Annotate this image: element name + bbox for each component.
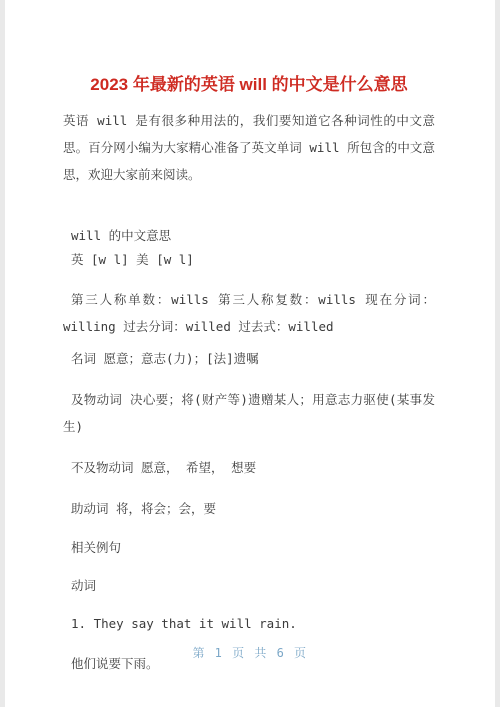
definition-auxiliary-verb: 助动词 将，将会；会，要 xyxy=(63,495,435,522)
definition-transitive-verb: 及物动词 决心要；将(财产等)遗赠某人；用意志力驱使(某事发生) xyxy=(63,386,435,440)
word-forms-line: 第三人称单数：wills 第三人称复数：wills 现在分词：willing 过… xyxy=(63,286,435,340)
document-page: 2023 年最新的英语 will 的中文是什么意思 英语 will 是有很多种用… xyxy=(5,0,495,707)
definition-noun: 名词 愿意；意志(力)；[法]遗嘱 xyxy=(63,345,435,372)
definition-intransitive-verb: 不及物动词 愿意， 希望， 想要 xyxy=(63,454,435,481)
document-content: 2023 年最新的英语 will 的中文是什么意思 英语 will 是有很多种用… xyxy=(5,0,495,677)
word-meaning-heading: will 的中文意思 xyxy=(63,224,435,248)
examples-subheading-verb: 动词 xyxy=(63,572,435,599)
phonetic-line: 英 [w l] 美 [w l] xyxy=(63,248,435,272)
page-footer: 第 1 页 共 6 页 xyxy=(5,644,495,661)
example-sentence-english: 1. They say that it will rain. xyxy=(63,610,435,637)
examples-heading: 相关例句 xyxy=(63,534,435,561)
intro-paragraph: 英语 will 是有很多种用法的，我们要知道它各种词性的中文意思。百分网小编为大… xyxy=(63,107,435,188)
page-title: 2023 年最新的英语 will 的中文是什么意思 xyxy=(63,0,435,95)
page-number-indicator: 第 1 页 共 6 页 xyxy=(192,646,307,660)
